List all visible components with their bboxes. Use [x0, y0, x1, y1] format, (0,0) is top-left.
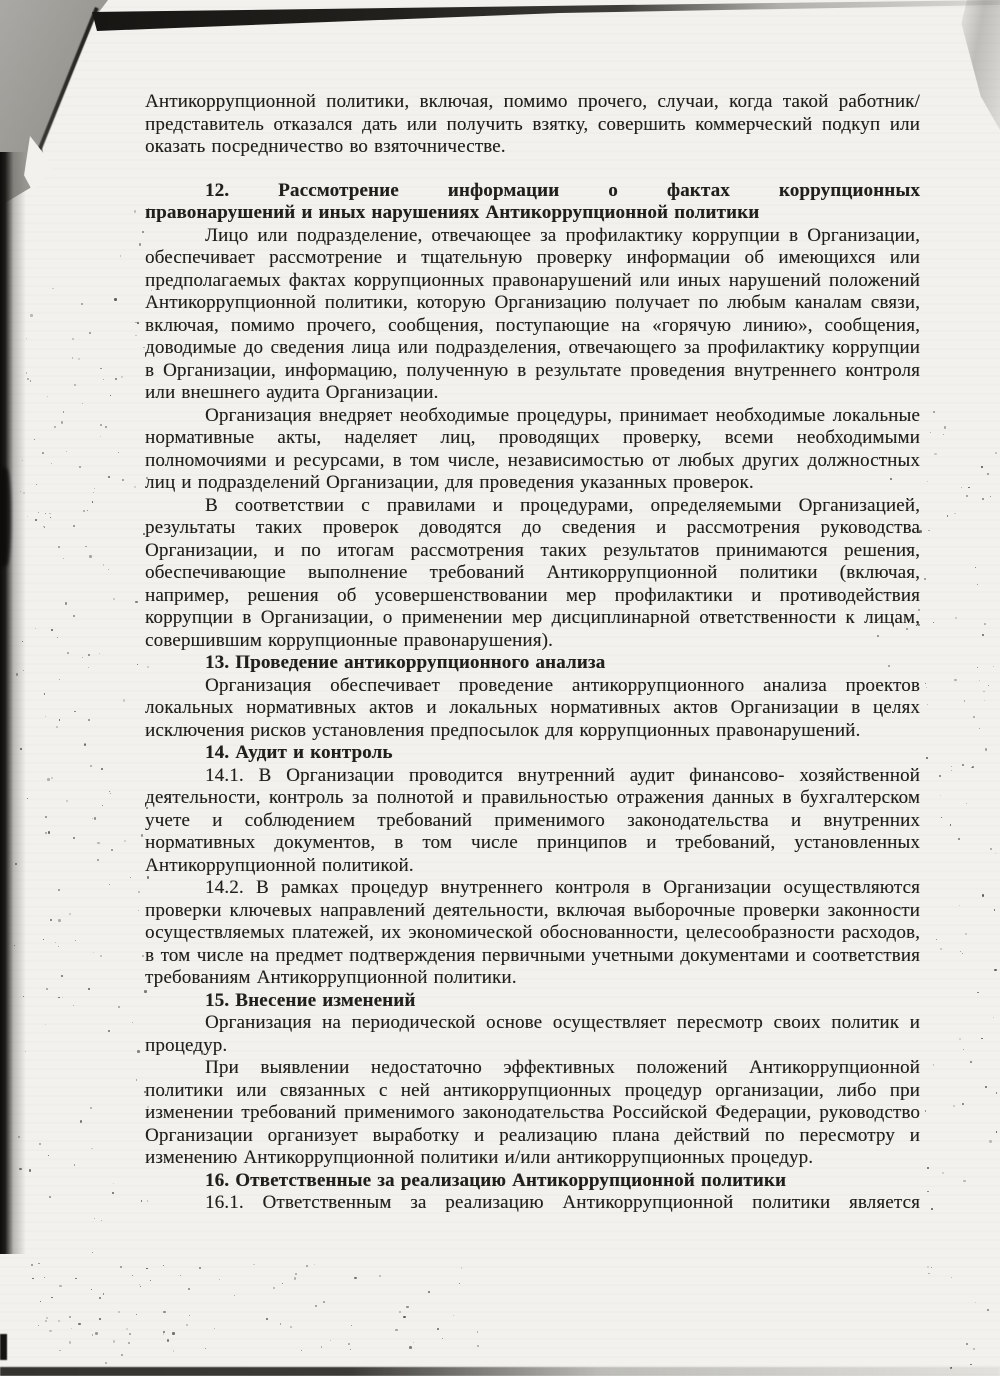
scan-edge-left-bottom-mark: [0, 1334, 7, 1360]
doc-heading-16: 16. Ответственные за реализацию Антикорр…: [145, 1170, 920, 1193]
scan-edge-bottom-line: [0, 1367, 1000, 1376]
doc-paragraph-16-1: 16.1. Ответственным за реализацию Антико…: [145, 1192, 920, 1215]
scan-shadow-top-right-corner: [954, 0, 1000, 130]
doc-paragraph: В соответствии с правилами и процедурами…: [145, 495, 920, 653]
scan-page-edge-diagonal: [36, 7, 99, 155]
doc-heading-14: 14. Аудит и контроль: [145, 742, 920, 765]
doc-heading-12-line1: 12. Рассмотрение информации о фактах кор…: [145, 180, 920, 203]
doc-paragraph-continuation: Антикоррупционной политики, включая, пом…: [145, 91, 920, 159]
doc-paragraph: При выявлении недостаточно эффективных п…: [145, 1057, 920, 1170]
doc-heading-15: 15. Внесение изменений: [145, 990, 920, 1013]
doc-heading-13: 13. Проведение антикоррупционного анализ…: [145, 652, 920, 675]
doc-paragraph: Лицо или подразделение, отвечающее за пр…: [145, 225, 920, 405]
doc-paragraph: Организация на периодической основе осущ…: [145, 1012, 920, 1057]
doc-paragraph-14-2: 14.2. В рамках процедур внутреннего конт…: [145, 877, 920, 990]
doc-paragraph: Организация обеспечивает проведение анти…: [145, 675, 920, 743]
document-text-column: Антикоррупционной политики, включая, пом…: [145, 0, 920, 1215]
doc-paragraph-14-1: 14.1. В Организации проводится внутренни…: [145, 765, 920, 878]
doc-paragraph: Организация внедряет необходимые процеду…: [145, 405, 920, 495]
scan-edge-left-strip: [0, 152, 26, 1254]
scanned-page: Антикоррупционной политики, включая, пом…: [0, 0, 1000, 1376]
scan-page-corner-fold: [24, 136, 54, 192]
doc-heading-12-line2: правонарушений и иных нарушениях Антикор…: [145, 202, 920, 225]
doc-heading-12: 12. Рассмотрение информации о фактах кор…: [145, 180, 920, 225]
scan-edge-left-dark-blob: [0, 468, 11, 566]
